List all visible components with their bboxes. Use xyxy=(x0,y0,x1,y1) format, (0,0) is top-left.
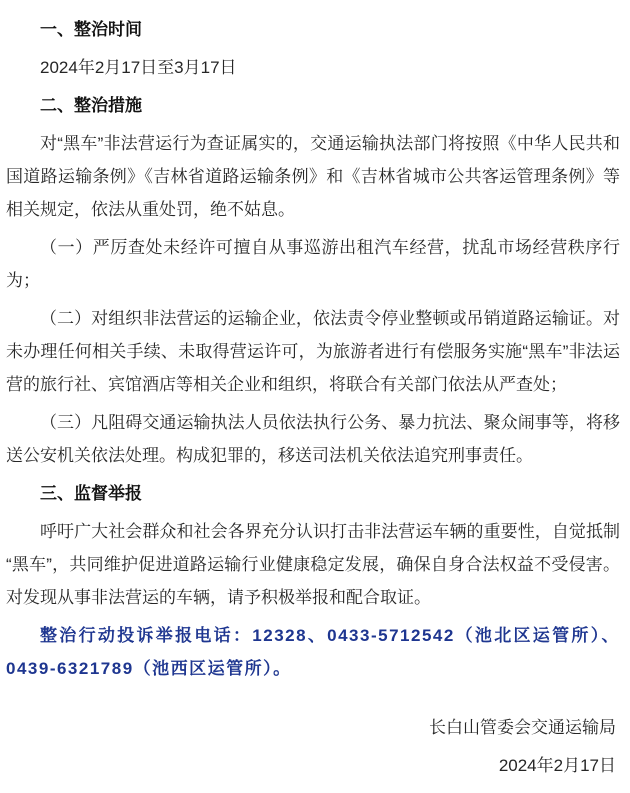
paragraph-time-range: 2024年2月17日至3月17日 xyxy=(6,51,620,84)
paragraph-public-appeal: 呼吁广大社会群众和社会各界充分认识打击非法营运车辆的重要性，自觉抵制“黑车”，共… xyxy=(6,515,620,614)
heading-remediation-time: 一、整治时间 xyxy=(6,13,620,46)
notice-document: 一、整治时间 2024年2月17日至3月17日 二、整治措施 对“黑车”非法营运… xyxy=(0,0,630,793)
complaint-hotline-text: 整治行动投诉举报电话：12328、0433-5712542（池北区运管所）、04… xyxy=(6,619,620,685)
signature-organization: 长白山管委会交通运输局 xyxy=(6,711,620,744)
paragraph-measures-intro: 对“黑车”非法营运行为查证属实的，交通运输执法部门将按照《中华人民共和国道路运输… xyxy=(6,127,620,226)
paragraph-measure-2: （二）对组织非法营运的运输企业，依法责令停业整顿或吊销道路运输证。对未办理任何相… xyxy=(6,302,620,401)
paragraph-measure-3: （三）凡阻碍交通运输执法人员依法执行公务、暴力抗法、聚众闹事等，将移送公安机关依… xyxy=(6,406,620,472)
heading-remediation-measures: 二、整治措施 xyxy=(6,89,620,122)
heading-supervision-report: 三、监督举报 xyxy=(6,477,620,510)
signature-date: 2024年2月17日 xyxy=(6,749,620,782)
paragraph-measure-1: （一）严厉查处未经许可擅自从事巡游出租汽车经营，扰乱市场经营秩序行为； xyxy=(6,231,620,297)
signature-block: 长白山管委会交通运输局 2024年2月17日 xyxy=(6,711,620,782)
